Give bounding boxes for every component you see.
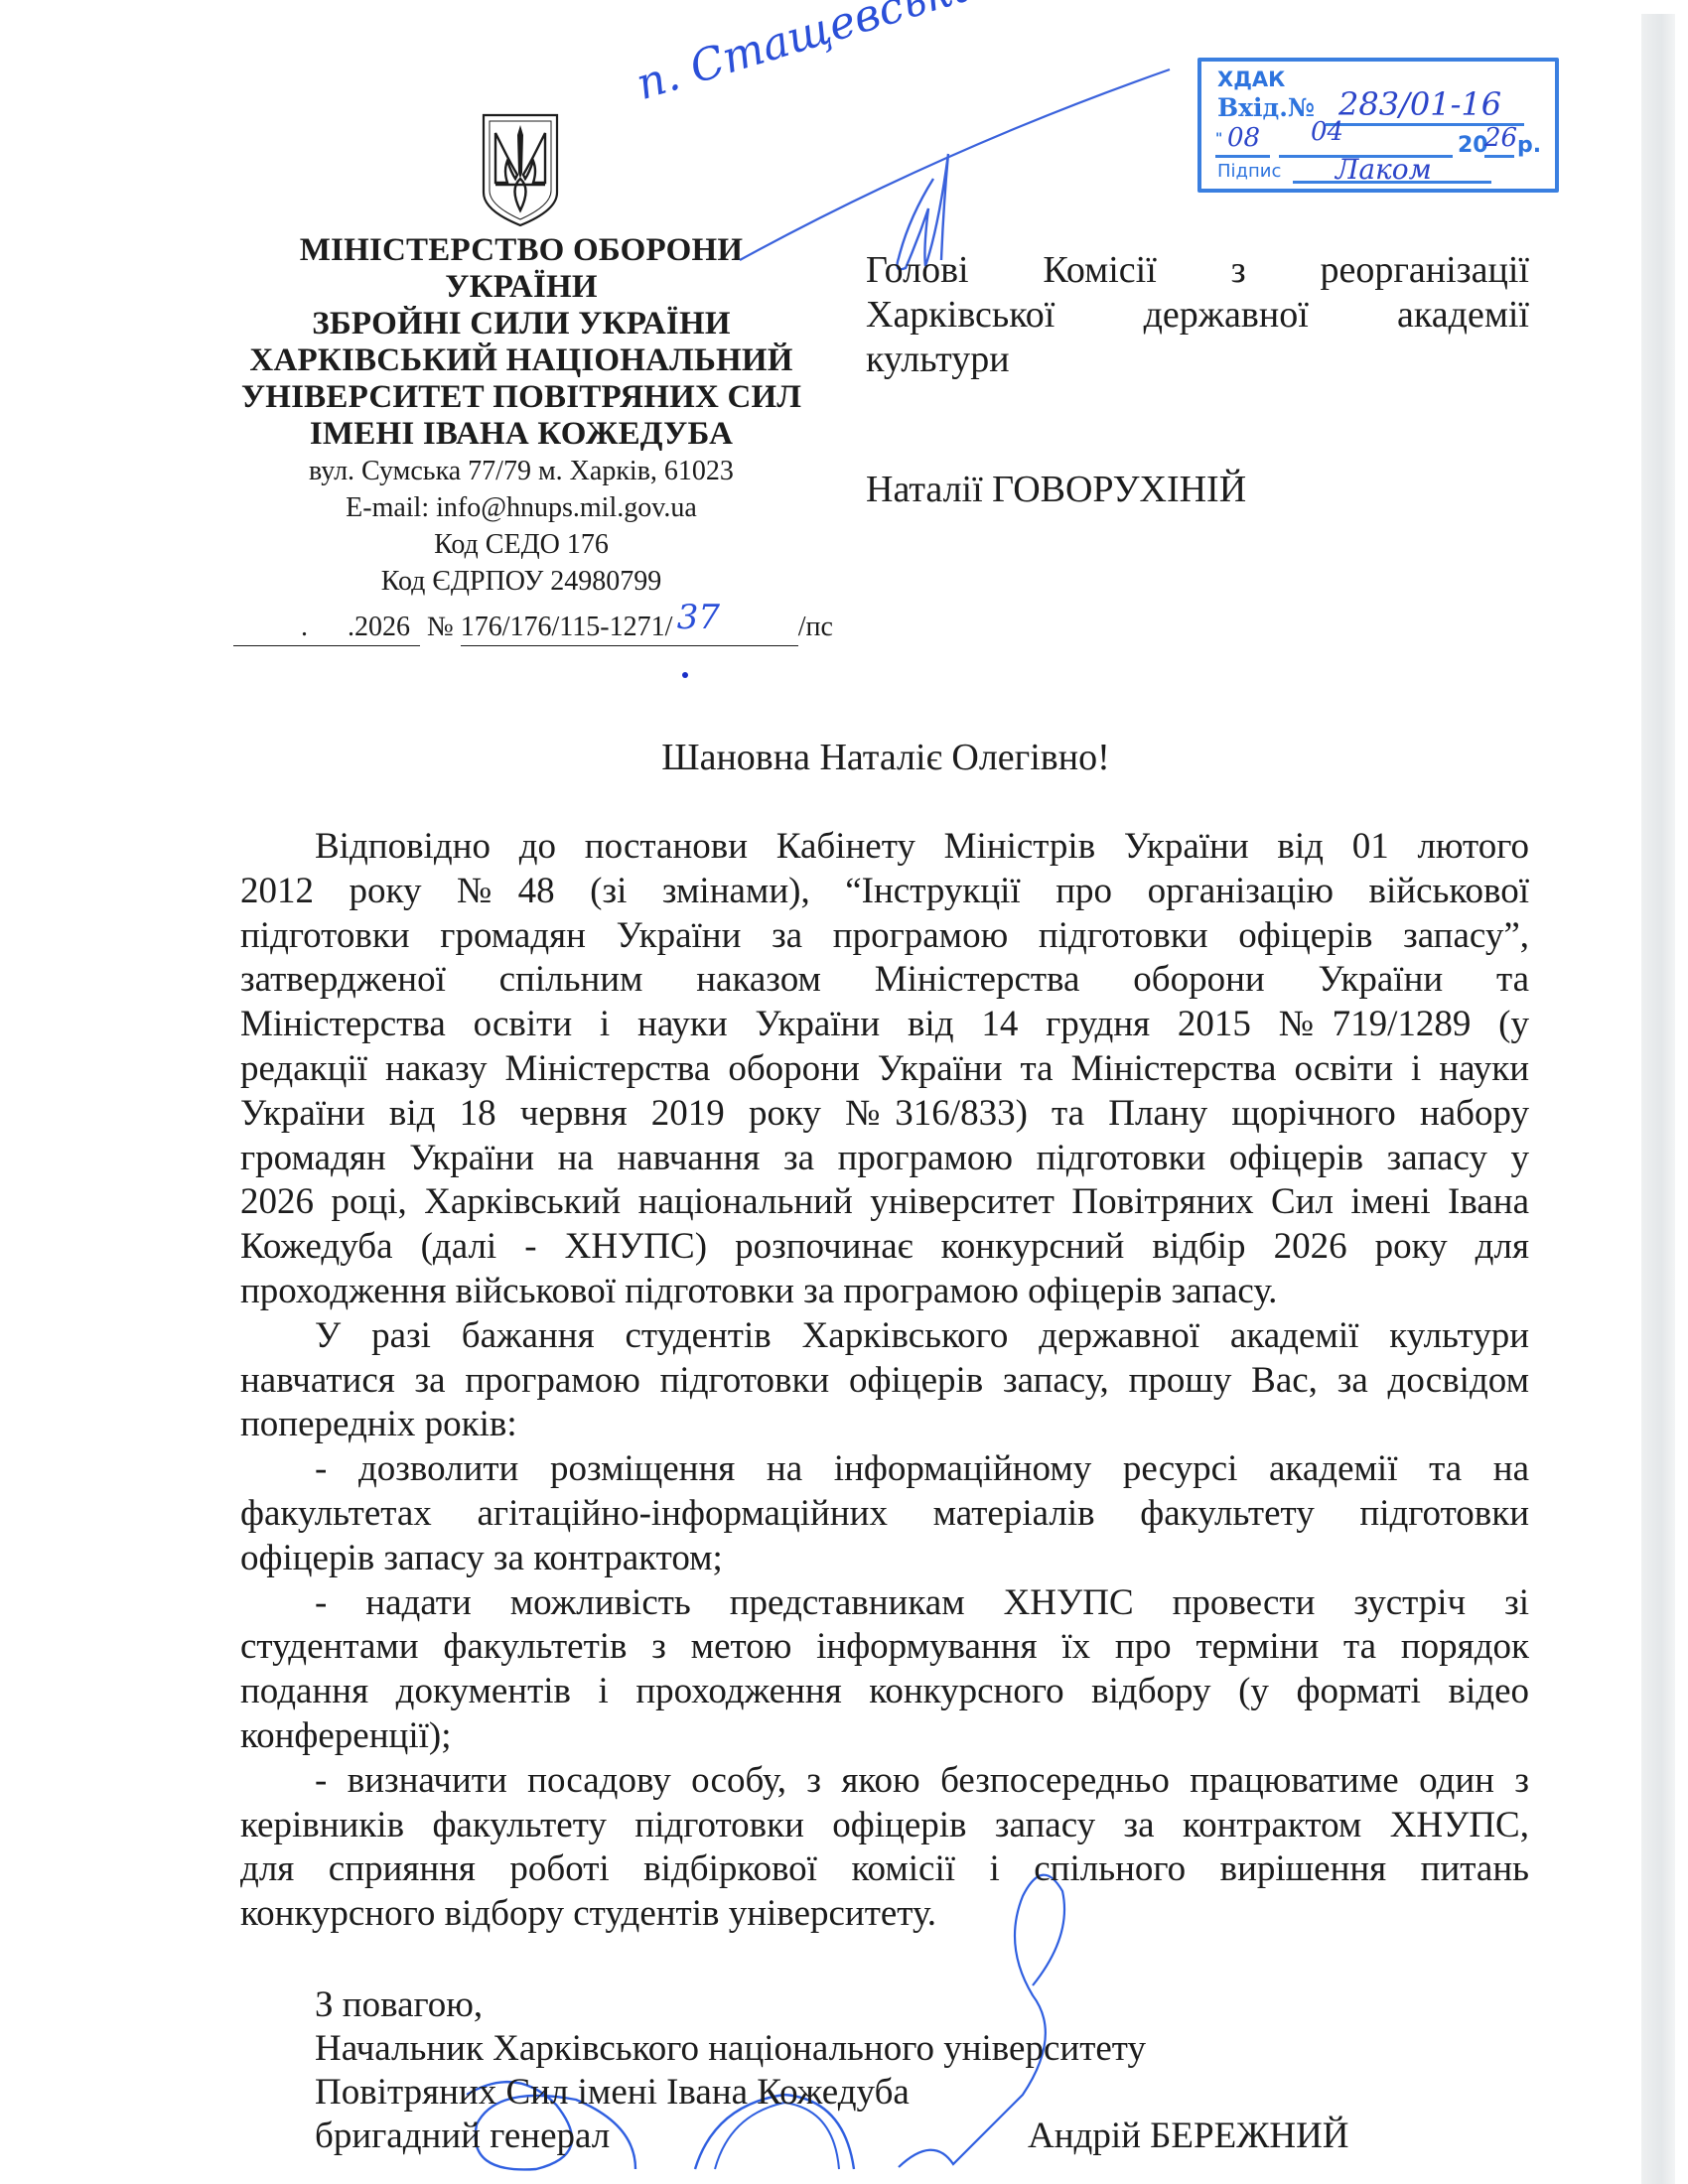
- org-line: УНІВЕРСИТЕТ ПОВІТРЯНИХ СИЛ: [228, 379, 814, 416]
- sedo-code: Код СЕДО 176: [228, 526, 814, 563]
- stamp-signature: Лаком: [1336, 153, 1432, 186]
- body-line: підготовки громадян України за програмою…: [240, 914, 1529, 959]
- signatory-position: Начальник Харківського національного уні…: [315, 2027, 1146, 2071]
- body-line: конференції);: [240, 1714, 1529, 1759]
- body-line: редакції наказу Міністерства оборони Укр…: [240, 1047, 1529, 1092]
- body-line: Кожедуба (далі - ХНУПС) розпочинає конку…: [240, 1225, 1529, 1270]
- body-line: 2026 році, Харківський національний унів…: [240, 1180, 1529, 1225]
- org-line: УКРАЇНИ: [228, 269, 814, 306]
- stamp-incoming-label: Вхід.№: [1217, 93, 1315, 122]
- org-line: МІНІСТЕРСТВО ОБОРОНИ: [228, 232, 814, 269]
- body-line: навчатися за програмою підготовки офіцер…: [240, 1359, 1529, 1404]
- body-line: офіцерів запасу за контрактом;: [240, 1537, 1529, 1581]
- stamp-org: ХДАК: [1217, 68, 1285, 91]
- reg-number: 176/176/115-1271/: [461, 612, 673, 642]
- stamp-year: 26: [1484, 123, 1517, 153]
- body-line: студентами факультетів з метою інформува…: [240, 1625, 1529, 1670]
- stamp-month: 04: [1311, 117, 1343, 147]
- reg-year: .2026: [348, 612, 410, 642]
- org-line: ІМЕНІ ІВАНА КОЖЕДУБА: [228, 416, 814, 453]
- body-line: громадян України на навчання за програмо…: [240, 1137, 1529, 1181]
- registration-line: ..2026 № 176/176/115-1271/37/пс: [233, 610, 814, 649]
- recipient-block: Голові Комісії з реорганізації Харківськ…: [866, 248, 1529, 512]
- closing: З повагою,: [315, 1983, 1146, 2027]
- paragraph-1: Відповідно до постанови Кабінету Міністр…: [240, 825, 1529, 1314]
- body-line: попередніх років:: [240, 1403, 1529, 1447]
- body-line: - дозволити розміщення на інформаційному…: [240, 1447, 1529, 1492]
- body-line: - визначити посадову особу, з якою безпо…: [240, 1759, 1529, 1804]
- request-item-1: - дозволити розміщення на інформаційному…: [240, 1447, 1529, 1580]
- incoming-registration-stamp: ХДАК Вхід.№ 283/01-16 " 08 04 20 26 р. П…: [1197, 58, 1559, 193]
- trident-coat-of-arms-icon: [482, 113, 559, 227]
- body-line: Відповідно до постанови Кабінету Міністр…: [240, 825, 1529, 870]
- stamp-incoming-number: 283/01-16: [1338, 85, 1501, 123]
- reg-date-dot: .: [301, 612, 308, 642]
- letter-body: Відповідно до постанови Кабінету Міністр…: [240, 825, 1529, 1937]
- scan-edge-shadow: [1641, 14, 1675, 2184]
- body-line: 2012 року №48 (зі змінами), “Інструкції …: [240, 870, 1529, 914]
- request-item-2: - надати можливість представникам ХНУПС …: [240, 1581, 1529, 1759]
- body-line: Міністерства освіти і науки України від …: [240, 1003, 1529, 1047]
- signatory-rank: бригадний генерал: [315, 2115, 1146, 2158]
- body-line: - надати можливість представникам ХНУПС …: [240, 1581, 1529, 1626]
- sender-header: МІНІСТЕРСТВО ОБОРОНИ УКРАЇНИ ЗБРОЙНІ СИЛ…: [228, 232, 814, 600]
- sender-email: E-mail: info@hnups.mil.gov.ua: [228, 489, 814, 526]
- stamp-day: 08: [1227, 123, 1260, 153]
- ink-mark: [682, 672, 688, 678]
- recipient-name: Наталії ГОВОРУХІНІЙ: [866, 468, 1529, 512]
- body-line: керівників факультету підготовки офіцері…: [240, 1804, 1529, 1848]
- signatory-name: Андрій БЕРЕЖНИЙ: [1028, 2115, 1349, 2158]
- body-line: подання документів і проходження конкурс…: [240, 1670, 1529, 1714]
- edrpou-code: Код ЄДРПОУ 24980799: [228, 563, 814, 600]
- signatory-position: Повітряних Сил імені Івана Кожедуба: [315, 2071, 1146, 2115]
- stamp-year-suffix: р.: [1517, 133, 1541, 158]
- body-line: проходження військової підготовки за про…: [240, 1270, 1529, 1314]
- body-line: для сприяння роботі відбіркової комісії …: [240, 1847, 1529, 1892]
- recipient-line: Харківської державної академії: [866, 293, 1529, 338]
- signature-block: З повагою, Начальник Харківського націон…: [315, 1983, 1146, 2158]
- recipient-line: Голові Комісії з реорганізації: [866, 248, 1529, 293]
- reg-number-sign: №: [427, 612, 454, 642]
- recipient-line: культури: [866, 338, 1529, 382]
- body-line: факультетах агітаційно-інформаційних мат…: [240, 1492, 1529, 1537]
- org-line: ЗБРОЙНІ СИЛИ УКРАЇНИ: [228, 306, 814, 342]
- body-line: У разі бажання студентів Харківського де…: [240, 1314, 1529, 1359]
- reg-handwritten-number: 37: [677, 600, 720, 635]
- body-line: конкурсного відбору студентів університе…: [240, 1892, 1529, 1937]
- org-line: ХАРКІВСЬКИЙ НАЦІОНАЛЬНИЙ: [228, 342, 814, 379]
- stamp-signature-label: Підпис: [1217, 161, 1281, 182]
- reg-suffix: /пс: [798, 612, 833, 642]
- body-line: затвердженої спільним наказом Міністерст…: [240, 958, 1529, 1003]
- request-item-3: - визначити посадову особу, з якою безпо…: [240, 1759, 1529, 1937]
- body-line: України від 18 червня 2019 року №316/833…: [240, 1092, 1529, 1137]
- greeting: Шановна Наталіє Олегівно!: [596, 735, 1176, 780]
- handwritten-resolution: п. Стащевський І.О.: [631, 0, 1102, 110]
- paragraph-2: У разі бажання студентів Харківського де…: [240, 1314, 1529, 1447]
- sender-address: вул. Сумська 77/79 м. Харків, 61023: [228, 453, 814, 489]
